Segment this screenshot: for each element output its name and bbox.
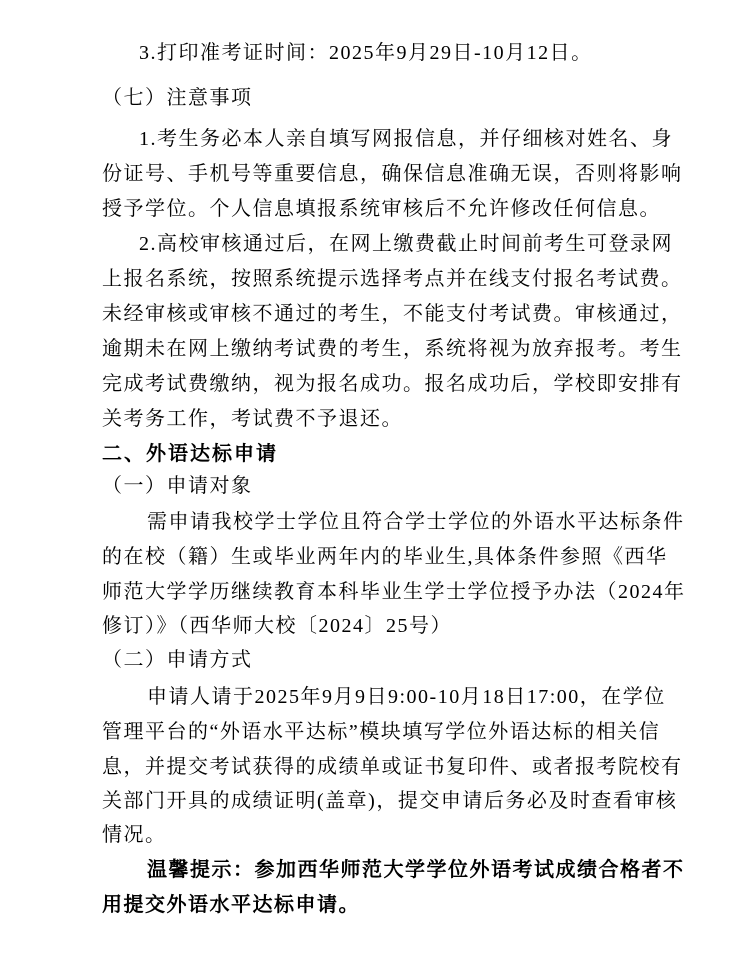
notes-item2-line6: 关考务工作，考试费不予退还。 bbox=[102, 406, 702, 432]
application-method-line5: 情况。 bbox=[102, 822, 702, 848]
notes-item1-line1: 1.考生务必本人亲自填写网报信息，并仔细核对姓名、身 bbox=[102, 126, 702, 152]
notes-item1-line3: 授予学位。个人信息填报系统审核后不允许修改任何信息。 bbox=[102, 196, 702, 222]
application-target-line2: 的在校（籍）生或毕业两年内的毕业生,具体条件参照《西华 bbox=[102, 544, 702, 570]
application-method-line1: 申请人请于2025年9月9日9:00-10月18日17:00，在学位 bbox=[102, 684, 702, 710]
application-method-line3: 息，并提交考试获得的成绩单或证书复印件、或者报考院校有 bbox=[102, 754, 702, 780]
notes-item2-line2: 上报名系统，按照系统提示选择考点并在线支付报名考试费。 bbox=[102, 266, 702, 292]
notes-item2-line4: 逾期未在网上缴纳考试费的考生，系统将视为放弃报考。考生 bbox=[102, 336, 702, 362]
application-method-line4: 关部门开具的成绩证明(盖章)，提交申请后务必及时查看审核 bbox=[102, 788, 702, 814]
heading-application-method: （二）申请方式 bbox=[102, 647, 702, 673]
notes-item2-line5: 完成考试费缴纳，视为报名成功。报名成功后，学校即安排有 bbox=[102, 371, 702, 397]
reminder-line2: 用提交外语水平达标申请。 bbox=[102, 892, 702, 918]
application-target-line4: 修订）》（西华师大校〔2024〕25号） bbox=[102, 613, 702, 639]
heading-part2-foreign-language-application: 二、外语达标申请 bbox=[102, 441, 702, 467]
application-target-line1: 需申请我校学士学位且符合学士学位的外语水平达标条件 bbox=[102, 509, 702, 535]
notes-item1-line2: 份证号、手机号等重要信息，确保信息准确无误，否则将影响 bbox=[102, 161, 702, 187]
print-ticket-time-line: 3.打印准考证时间：2025年9月29日-10月12日。 bbox=[102, 40, 702, 66]
notes-item2-line1: 2.高校审核通过后，在网上缴费截止时间前考生可登录网 bbox=[102, 231, 702, 257]
notes-item2-line3: 未经审核或审核不通过的考生，不能支付考试费。审核通过， bbox=[102, 301, 702, 327]
application-target-line3: 师范大学学历继续教育本科毕业生学士学位授予办法（2024年 bbox=[102, 579, 702, 605]
document-page: 3.打印准考证时间：2025年9月29日-10月12日。 （七）注意事项 1.考… bbox=[0, 0, 751, 956]
application-method-line2: 管理平台的“外语水平达标”模块填写学位外语达标的相关信 bbox=[102, 719, 702, 745]
reminder-line1: 温馨提示：参加西华师范大学学位外语考试成绩合格者不 bbox=[102, 857, 702, 883]
heading-application-target: （一）申请对象 bbox=[102, 473, 702, 499]
heading-notes-section-7: （七）注意事项 bbox=[102, 85, 702, 111]
